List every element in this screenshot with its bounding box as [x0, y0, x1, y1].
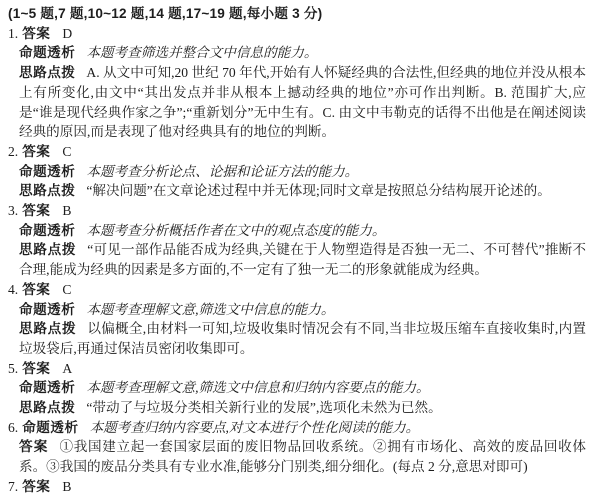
- answer-label: 答案: [22, 282, 50, 297]
- question-number: 5.: [8, 361, 18, 376]
- question-2-block: 2.答案C 命题透析本题考查分析论点、论据和论证方法的能力。 思路点拨“解决问题…: [8, 142, 586, 201]
- tips-line: 思路点拨“带动了与垃圾分类相关新行业的发展”,选项化未然为已然。: [19, 398, 586, 418]
- tips-line: 思路点拨以偏概全,由材料一可知,垃圾收集时情况会有不同,当非垃圾压缩车直接收集时…: [19, 319, 586, 358]
- analysis-text: 本题考查筛选并整合文中信息的能力。: [86, 45, 317, 60]
- question-number: 2.: [8, 144, 18, 159]
- answer-line: 7.答案B: [8, 477, 586, 494]
- tips-text: “可见一部作品能否成为经典,关键在于人物塑造得是否独一无二、不可替代”推断不合理…: [19, 242, 586, 277]
- tips-text: “带动了与垃圾分类相关新行业的发展”,选项化未然为已然。: [86, 400, 441, 415]
- answer-line: 3.答案B: [8, 201, 586, 221]
- answer-line: 5.答案A: [8, 359, 586, 379]
- question-number: 6.: [8, 420, 18, 435]
- tips-label: 思路点拨: [19, 400, 75, 415]
- analysis-label: 命题透析: [19, 380, 75, 395]
- question-number: 4.: [8, 282, 18, 297]
- analysis-label: 命题透析: [19, 223, 75, 238]
- answer-line: 4.答案C: [8, 280, 586, 300]
- answer-label: 答案: [22, 203, 50, 218]
- analysis-text: 本题考查分析概括作者在文中的观点态度的能力。: [86, 223, 385, 238]
- question-number: 3.: [8, 203, 18, 218]
- tips-line: 思路点拨A. 从文中可知,20 世纪 70 年代,开始有人怀疑经典的合法性,但经…: [19, 63, 586, 142]
- analysis-line: 命题透析本题考查理解文意,筛选文中信息和归纳内容要点的能力。: [19, 378, 586, 398]
- analysis-line: 命题透析本题考查分析概括作者在文中的观点态度的能力。: [19, 221, 586, 241]
- answer-label: 答案: [22, 144, 50, 159]
- tips-label: 思路点拨: [19, 65, 75, 80]
- analysis-line: 命题透析本题考查理解文意,筛选文中信息的能力。: [19, 300, 586, 320]
- answer-value: A: [61, 361, 72, 376]
- analysis-label: 命题透析: [19, 45, 75, 60]
- answer-value: C: [61, 282, 71, 297]
- analysis-text: 本题考查理解文意,筛选文中信息的能力。: [86, 302, 334, 317]
- tips-text: “解决问题”在文章论述过程中并无体现;同时文章是按照总分结构展开论述的。: [86, 183, 550, 198]
- tips-line: 思路点拨“解决问题”在文章论述过程中并无体现;同时文章是按照总分结构展开论述的。: [19, 181, 586, 201]
- question-number: 1.: [8, 26, 18, 41]
- analysis-line: 命题透析本题考查筛选并整合文中信息的能力。: [19, 43, 586, 63]
- score-note: (1~5 题,7 题,10~12 题,14 题,17~19 题,每小题 3 分): [8, 4, 586, 24]
- question-3-block: 3.答案B 命题透析本题考查分析概括作者在文中的观点态度的能力。 思路点拨“可见…: [8, 201, 586, 280]
- analysis-text: 本题考查理解文意,筛选文中信息和归纳内容要点的能力。: [86, 380, 429, 395]
- answer-label: 答案: [22, 479, 50, 494]
- analysis-label: 命题透析: [19, 302, 75, 317]
- analysis-line: 命题透析本题考查分析论点、论据和论证方法的能力。: [19, 162, 586, 182]
- answer-text: ①我国建立起一套国家层面的废旧物品回收系统。②拥有市场化、高效的废品回收体系。③…: [19, 439, 586, 474]
- answer-line: 1.答案D: [8, 24, 586, 44]
- answer-label: 答案: [19, 439, 49, 454]
- answer-label: 答案: [22, 26, 50, 41]
- analysis-text: 本题考查归纳内容要点,对文本进行个性化阅读的能力。: [90, 420, 420, 435]
- analysis-text: 本题考查分析论点、论据和论证方法的能力。: [86, 164, 358, 179]
- analysis-label: 命题透析: [19, 164, 75, 179]
- tips-text: 以偏概全,由材料一可知,垃圾收集时情况会有不同,当非垃圾压缩车直接收集时,内置垃…: [19, 321, 586, 356]
- question-5-block: 5.答案A 命题透析本题考查理解文意,筛选文中信息和归纳内容要点的能力。 思路点…: [8, 359, 586, 418]
- tips-label: 思路点拨: [19, 321, 76, 336]
- answer-value: D: [61, 26, 72, 41]
- answer-value: B: [61, 479, 71, 494]
- question-number: 7.: [8, 479, 18, 494]
- tips-label: 思路点拨: [19, 183, 75, 198]
- question-7-block: 7.答案B: [8, 477, 586, 494]
- tips-text: A. 从文中可知,20 世纪 70 年代,开始有人怀疑经典的合法性,但经典的地位…: [19, 65, 586, 139]
- tips-label: 思路点拨: [19, 242, 76, 257]
- analysis-line: 6.命题透析本题考查归纳内容要点,对文本进行个性化阅读的能力。: [8, 418, 586, 438]
- tips-line: 思路点拨“可见一部作品能否成为经典,关键在于人物塑造得是否独一无二、不可替代”推…: [19, 240, 586, 279]
- question-6-block: 6.命题透析本题考查归纳内容要点,对文本进行个性化阅读的能力。 答案①我国建立起…: [8, 418, 586, 477]
- answer-key-page: (1~5 题,7 题,10~12 题,14 题,17~19 题,每小题 3 分)…: [0, 0, 594, 494]
- answer-value: B: [61, 203, 71, 218]
- answer-line: 2.答案C: [8, 142, 586, 162]
- analysis-label: 命题透析: [22, 420, 78, 435]
- question-4-block: 4.答案C 命题透析本题考查理解文意,筛选文中信息的能力。 思路点拨以偏概全,由…: [8, 280, 586, 359]
- question-1-block: 1.答案D 命题透析本题考查筛选并整合文中信息的能力。 思路点拨A. 从文中可知…: [8, 24, 586, 142]
- answer-value: C: [61, 144, 71, 159]
- answer-label: 答案: [22, 361, 50, 376]
- answer-line: 答案①我国建立起一套国家层面的废旧物品回收系统。②拥有市场化、高效的废品回收体系…: [19, 437, 586, 476]
